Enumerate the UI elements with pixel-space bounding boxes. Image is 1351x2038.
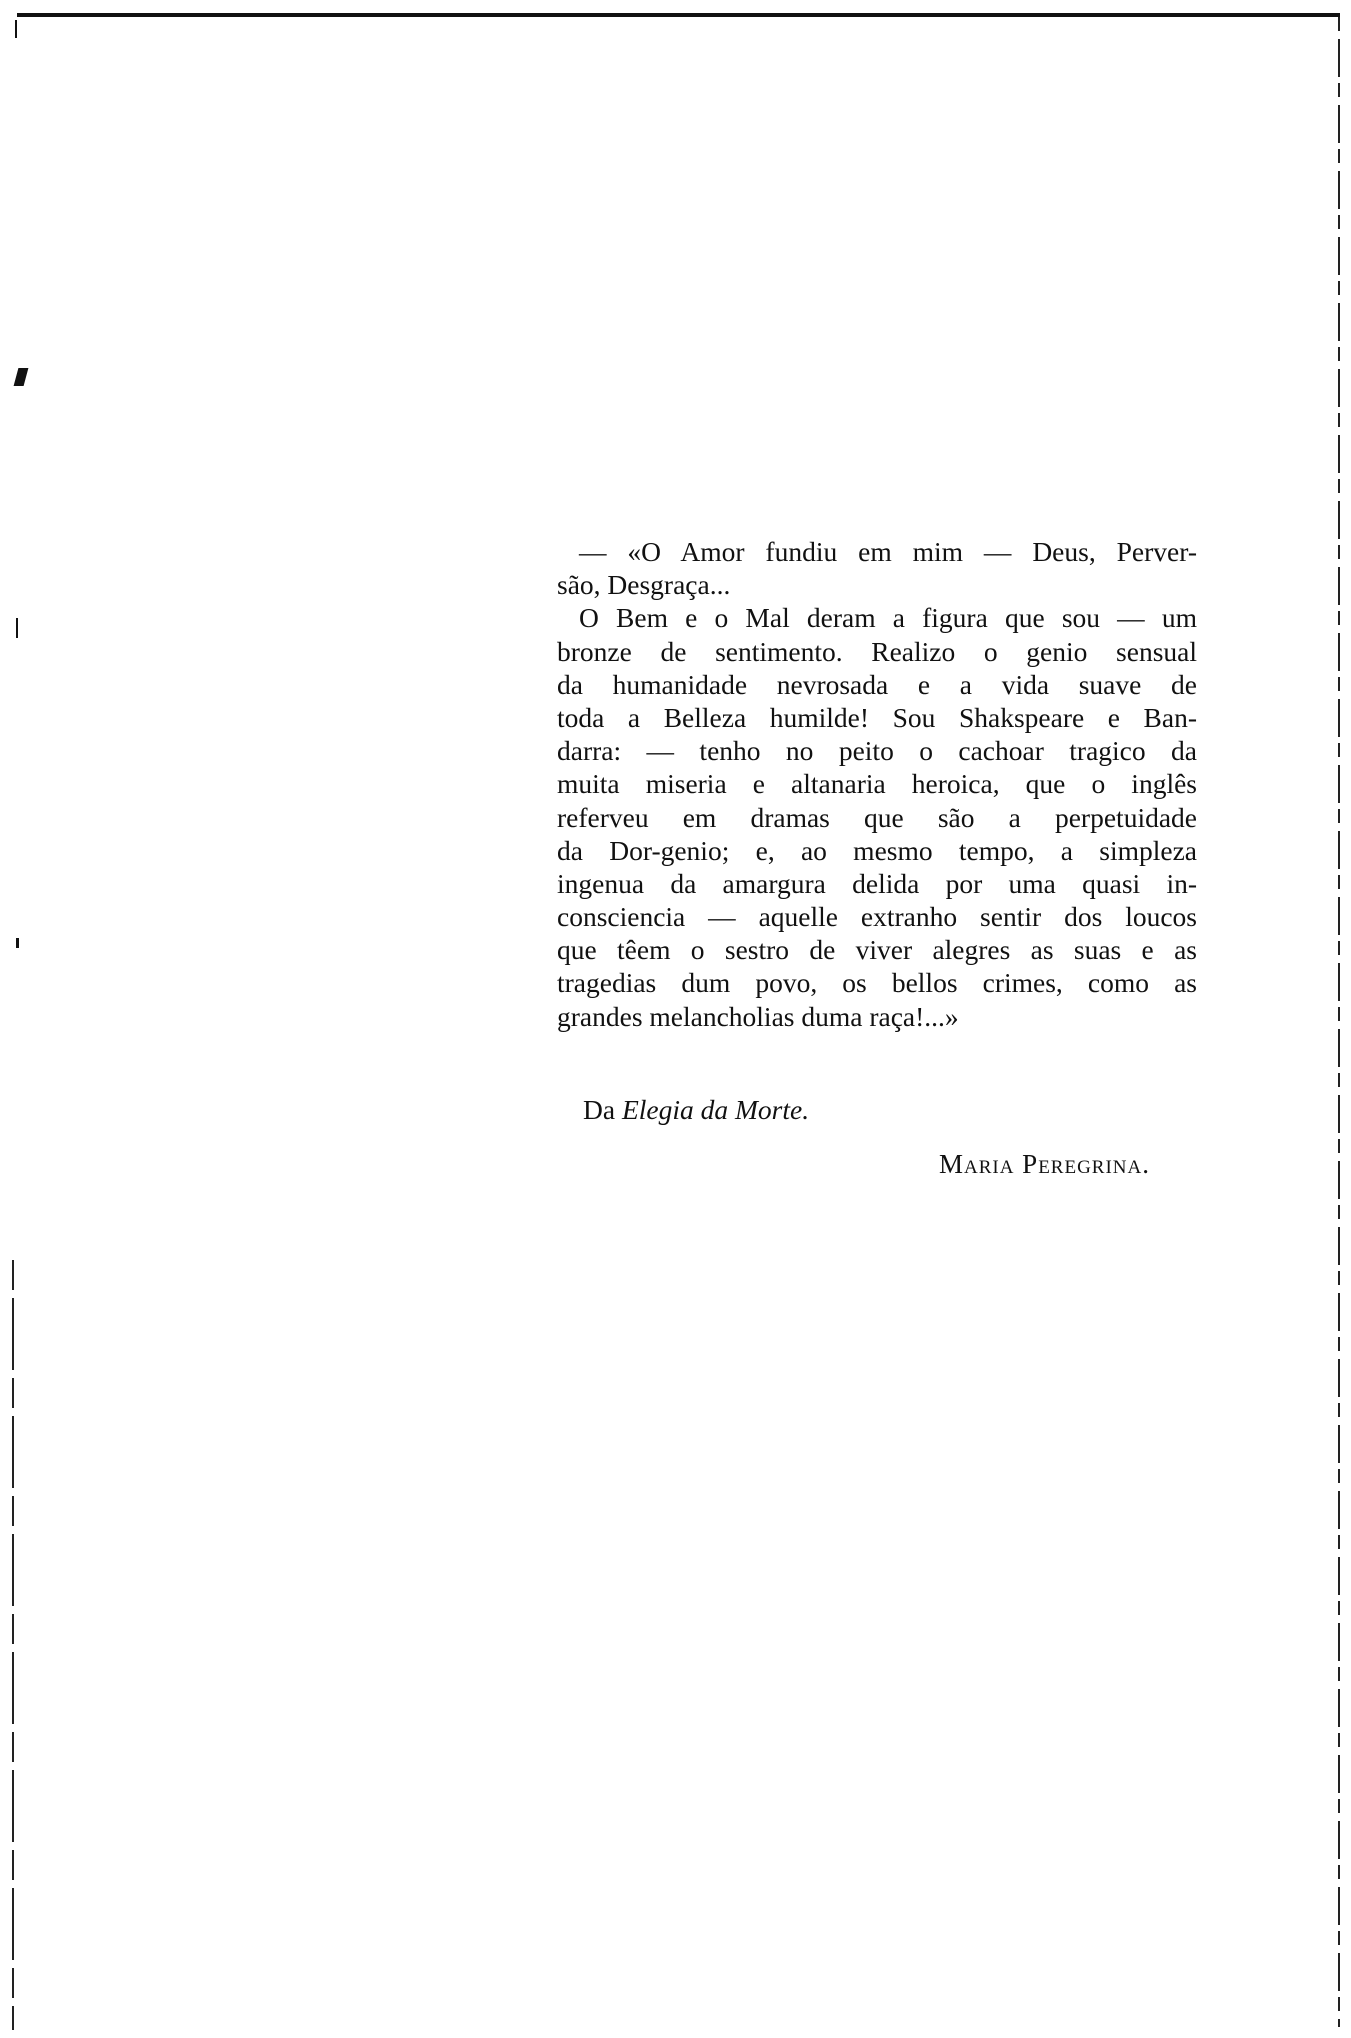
passage-line: O Bem e o Mal deram a figura que sou — u…: [557, 601, 1197, 634]
passage-line: — «O Amor fundiu em mim — Deus, Perver-: [557, 535, 1197, 568]
passage-line: consciencia — aquelle extranho sentir do…: [557, 900, 1197, 933]
source-prefix: Da: [583, 1094, 615, 1125]
passage-line: que têem o sestro de viver alegres as su…: [557, 933, 1197, 966]
passage-line: da humanidade nevrosada e a vida suave d…: [557, 668, 1197, 701]
scan-artifact: [16, 938, 19, 948]
page-scan-edge-left: [12, 1260, 14, 2030]
passage-line: da Dor-genio; e, ao mesmo tempo, a simpl…: [557, 834, 1197, 867]
page-scan-edge-top: [17, 13, 1340, 17]
passage-line: são, Desgraça...: [557, 568, 1197, 601]
scan-artifact: [16, 618, 18, 638]
passage-line: toda a Belleza humilde! Sou Shakspeare e…: [557, 701, 1197, 734]
source-title: Elegia da Morte.: [622, 1094, 809, 1125]
passage-line: tragedias dum povo, os bellos crimes, co…: [557, 966, 1197, 999]
scan-artifact: [15, 20, 17, 38]
passage-line: ingenua da amargura delida por uma quasi…: [557, 867, 1197, 900]
passage-line: bronze de sentimento. Realizo o genio se…: [557, 635, 1197, 668]
scan-artifact: [14, 368, 29, 386]
author-signature: Maria Peregrina.: [830, 1148, 1150, 1181]
passage-line: muita miseria e altanaria heroica, que o…: [557, 767, 1197, 800]
passage-line: referveu em dramas que são a perpetuidad…: [557, 801, 1197, 834]
passage-line: grandes melancholias duma raça!...»: [557, 1000, 1197, 1033]
quoted-passage: — «O Amor fundiu em mim — Deus, Perver-s…: [557, 535, 1197, 1033]
passage-line: darra: — tenho no peito o cachoar tragic…: [557, 734, 1197, 767]
page-scan-edge-right: [1338, 17, 1340, 2027]
source-citation: Da Elegia da Morte.: [583, 1093, 809, 1126]
